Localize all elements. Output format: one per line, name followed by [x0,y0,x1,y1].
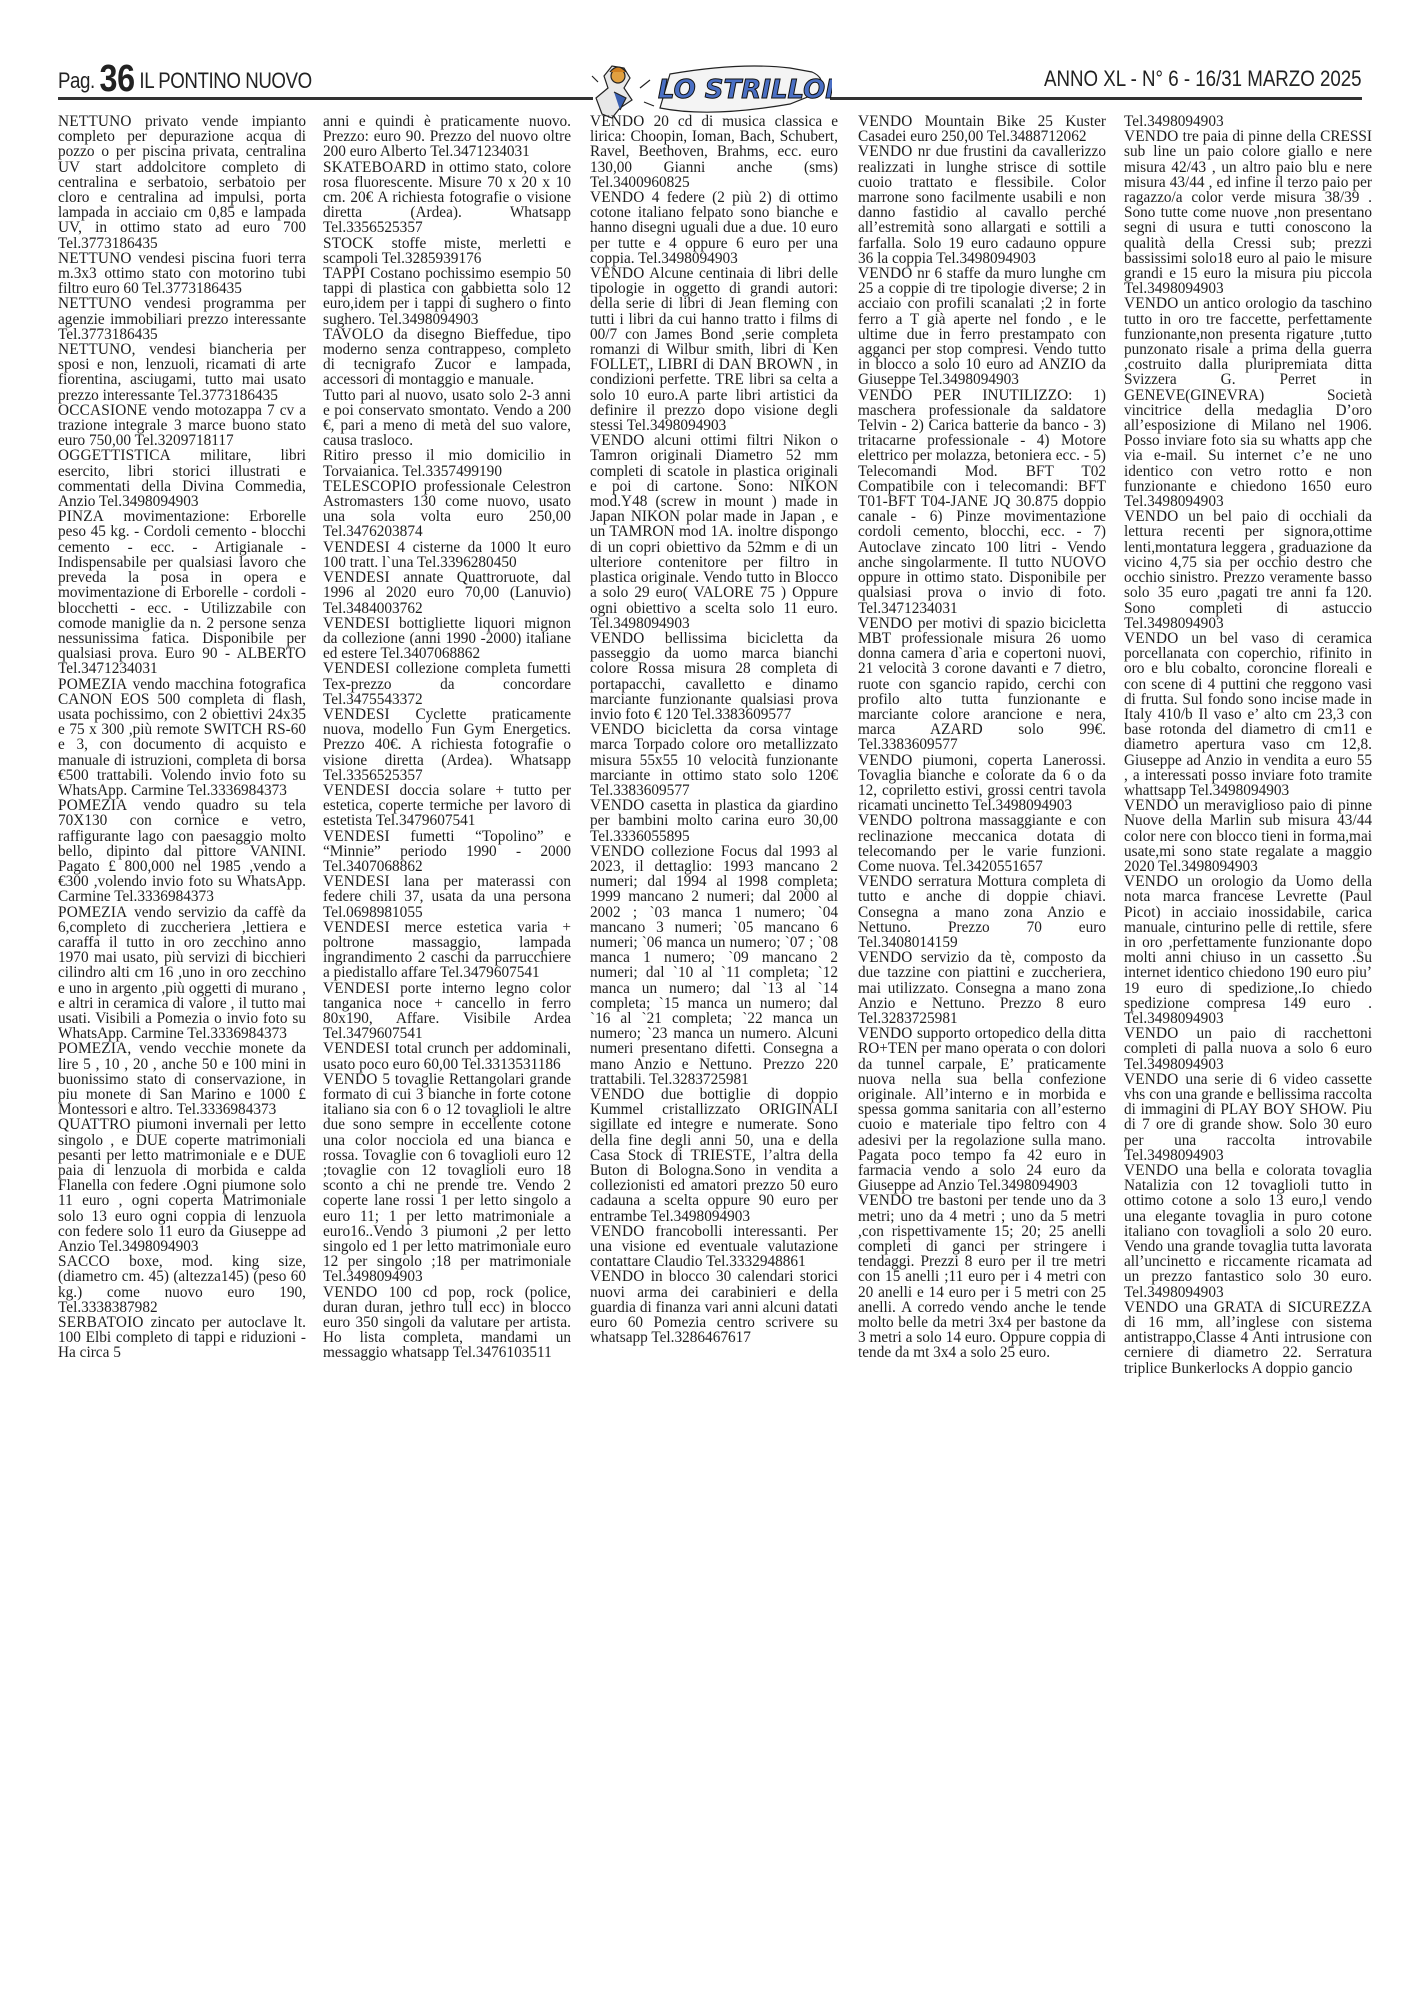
classified-ad: VENDO tre bastoni per tende uno da 3 met… [858,1193,1106,1360]
classified-ad: VENDO 20 cd di musica classica e lirica:… [590,114,838,190]
classified-ad: VENDESI merce estetica varia + poltrone … [323,920,571,981]
classified-ad: POMEZIA vendo macchina fotografica CANON… [58,677,306,799]
classified-ad: Tel.3498094903 [1124,114,1372,129]
classified-ad: VENDO piumoni, coperta Lanerossi. Tovagl… [858,753,1106,814]
classified-ad: VENDO casetta in plastica da giardino pe… [590,798,838,844]
ad-text: Alcune centinaia di libri delle tipologi… [590,265,838,434]
ad-text: movimentazione: Erborelle peso 45 kg. - … [58,508,306,677]
classified-ad: VENDO PER INUTILIZZO: 1) maschera profes… [858,388,1106,616]
classified-ad: VENDO un bel vaso di ceramica porcellana… [1124,631,1372,798]
column-4: VENDO Mountain Bike 25 Kuster Casadei eu… [858,114,1106,1361]
classified-ad: VENDO tre paia di pinne della CRESSI sub… [1124,129,1372,296]
ad-text: due bottiglie di doppio Kummel cristalli… [590,1086,838,1225]
page-header-left: Pag. 36 IL PONTINO NUOVO [58,58,312,101]
ad-text: un orologio da Uomo della nota marca fra… [1124,873,1372,1027]
classified-ad: SKATEBOARD in ottimo stato, colore rosa … [323,160,571,236]
classified-ad: VENDO Mountain Bike 25 Kuster Casadei eu… [858,114,1106,144]
classified-ad: VENDO Alcune centinaia di libri delle ti… [590,266,838,433]
column-3: VENDO 20 cd di musica classica e lirica:… [590,114,838,1345]
classified-ad: VENDO francobolli interessanti. Per una … [590,1224,838,1270]
classified-ad: VENDO alcuni ottimi filtri Nikon o Tamro… [590,433,838,631]
ad-text: anni e quindi è praticamente nuovo. Prez… [323,113,571,160]
ad-text: supporto ortopedico della ditta RO+TEN p… [858,1025,1106,1194]
ad-text: piumoni invernali per letto singolo , e … [58,1116,306,1255]
ad-text: un antico orologio da taschino tutto in … [1124,295,1372,510]
classified-ad: NETTUNO vendesi programma per agenzie im… [58,296,306,342]
column-5: Tel.3498094903VENDO tre paia di pinne de… [1124,114,1372,1376]
classified-ad: VENDO collezione Focus dal 1993 al 2023,… [590,844,838,1087]
classified-ad: VENDO nr 6 staffe da muro lunghe cm 25 a… [858,266,1106,388]
classified-ad: VENDO un orologio da Uomo della nota mar… [1124,874,1372,1026]
classified-ad: anni e quindi è praticamente nuovo. Prez… [323,114,571,160]
classified-ad: PINZA movimentazione: Erborelle peso 45 … [58,509,306,676]
classified-ad: TAVOLO da disegno Bieffedue, tipo modern… [323,327,571,388]
classified-ad: VENDESI total crunch per addominali, usa… [323,1041,571,1071]
classified-ad: VENDO una GRATA di SICUREZZA di 16 mm, a… [1124,1300,1372,1376]
classified-ad: VENDESI porte interno legno color tangan… [323,981,571,1042]
ad-text: 5 tovaglie Rettangolari grande formato d… [323,1071,571,1286]
classified-ad: POMEZIA, vendo vecchie monete da lire 5 … [58,1041,306,1117]
ad-text: vendo quadro su tela 70X130 con cornice … [58,797,306,905]
classified-ad: VENDESI fumetti “Topolino” e “Minnie” pe… [323,829,571,875]
classified-ad: VENDO bellissima bicicletta da passeggio… [590,631,838,722]
classified-ad: VENDO un antico orologio da taschino tut… [1124,296,1372,509]
ad-text: privato vende impianto completo per depu… [58,113,306,252]
ad-text: una bella e colorata tovaglia Natalizia … [1124,1162,1372,1301]
page-number: 36 [100,58,135,100]
classified-ad: VENDO servizio da tè, composto da due ta… [858,950,1106,1026]
ad-text: Ritiro presso il mio domicilio in Torvai… [323,447,571,479]
column-2: anni e quindi è praticamente nuovo. Prez… [323,114,571,1361]
classified-ad: Ritiro presso il mio domicilio in Torvai… [323,448,571,478]
classified-ad: Tutto pari al nuovo, usato solo 2-3 anni… [323,388,571,449]
classified-ad: VENDO in blocco 30 calendari storici nuo… [590,1269,838,1345]
classified-ad: VENDO un meraviglioso paio di pinne Nuov… [1124,798,1372,874]
classified-ad: POMEZIA vendo quadro su tela 70X130 con … [58,798,306,904]
classified-ad: VENDO poltrona massaggiante e con reclin… [858,813,1106,874]
classified-ad: NETTUNO, vendesi biancheria per sposi e … [58,342,306,403]
classified-ad: VENDESI annate Quattroruote, dal 1996 al… [323,570,571,616]
classifieds-columns: NETTUNO privato vende impianto completo … [58,114,1362,1984]
ad-text: nr due frustini da cavallerizzo realizza… [858,143,1106,266]
classified-ad: VENDO bicicletta da corsa vintage marca … [590,722,838,798]
issue-info: ANNO XL - N° 6 - 16/31 MARZO 2025 [1044,66,1362,92]
publication-name: IL PONTINO NUOVO [139,68,311,93]
ad-text: tre bastoni per tende uno da 3 metri; un… [858,1192,1106,1361]
header-rule-left [58,97,593,100]
classified-ad: TELESCOPIO professionale Celestron Astro… [323,479,571,540]
ad-text: alcuni ottimi filtri Nikon o Tamron orig… [590,432,838,631]
classified-ad: VENDESI 4 cisterne da 1000 lt euro 100 t… [323,540,571,570]
classified-ad: TAPPI Costano pochissimo esempio 50 tapp… [323,266,571,327]
classified-ad: VENDESI Cyclette praticamente nuova, mod… [323,707,571,783]
ad-text: PER INUTILIZZO: 1) maschera professional… [858,387,1106,617]
ad-text: un bel vaso di ceramica porcellanata con… [1124,630,1372,799]
classified-ad: NETTUNO privato vende impianto completo … [58,114,306,251]
classified-ad: VENDO due bottiglie di doppio Kummel cri… [590,1087,838,1224]
classified-ad: VENDO 4 federe (2 più 2) di ottimo coton… [590,190,838,266]
classified-ad: VENDO 100 cd pop, rock (police, duran du… [323,1285,571,1361]
classified-ad: VENDO serratura Mottura completa di tutt… [858,874,1106,950]
logo-wordmark: LO STRILLONE [658,75,832,105]
ad-text: collezione Focus dal 1993 al 2023, il de… [590,843,838,1088]
classified-ad: VENDO una bella e colorata tovaglia Nata… [1124,1163,1372,1300]
classified-ad: VENDO un bel paio di occhiali da lettura… [1124,509,1372,631]
classified-ad: STOCK stoffe miste, merletti e scampoli … [323,236,571,266]
column-1: NETTUNO privato vende impianto completo … [58,114,306,1361]
ad-text: per motivi di spazio bicicletta MBT prof… [858,615,1106,754]
classified-ad: OGGETTISTICA militare, libri esercito, l… [58,448,306,509]
classified-ad: SACCO boxe, mod. king size, (diametro cm… [58,1254,306,1315]
classified-ad: QUATTRO piumoni invernali per letto sing… [58,1117,306,1254]
classified-ad: VENDESI doccia solare + tutto per esteti… [323,783,571,829]
classified-ad: VENDO per motivi di spazio bicicletta MB… [858,616,1106,753]
ad-text: tre paia di pinne della CRESSI sub line … [1124,128,1372,297]
ad-text: vendo servizio da caffè da 6,completo di… [58,904,306,1043]
classified-ad: SERBATOIO zincato per autoclave lt. 100 … [58,1315,306,1361]
classified-ad: VENDO 5 tovaglie Rettangolari grande for… [323,1072,571,1285]
ad-text: Tutto pari al nuovo, usato solo 2-3 anni… [323,387,571,450]
classified-ad: VENDO nr due frustini da cavallerizzo re… [858,144,1106,266]
ad-text: vendo macchina fotografica CANON EOS 500… [58,676,306,799]
classified-ad: VENDO un paio di racchettoni completi di… [1124,1026,1372,1072]
header-rule-right [830,97,1362,100]
classified-ad: VENDESI collezione completa fumetti Tex-… [323,661,571,707]
classified-ad: VENDO supporto ortopedico della ditta RO… [858,1026,1106,1193]
ad-text: nr 6 staffe da muro lunghe cm 25 a coppi… [858,265,1106,388]
classified-ad: VENDO una serie di 6 video cassette vhs … [1124,1072,1372,1163]
classified-ad: VENDESI bottigliette liquori mignon da c… [323,616,571,662]
page-prefix: Pag. [58,68,95,93]
classified-ad: NETTUNO vendesi piscina fuori terra m.3x… [58,251,306,297]
classified-ad: VENDESI lana per materassi con federe ch… [323,874,571,920]
ad-text: un bel paio di occhiali da lettura recen… [1124,508,1372,631]
classified-ad: POMEZIA vendo servizio da caffè da 6,com… [58,905,306,1042]
classified-ad: OCCASIONE vendo motozappa 7 cv a trazion… [58,403,306,449]
